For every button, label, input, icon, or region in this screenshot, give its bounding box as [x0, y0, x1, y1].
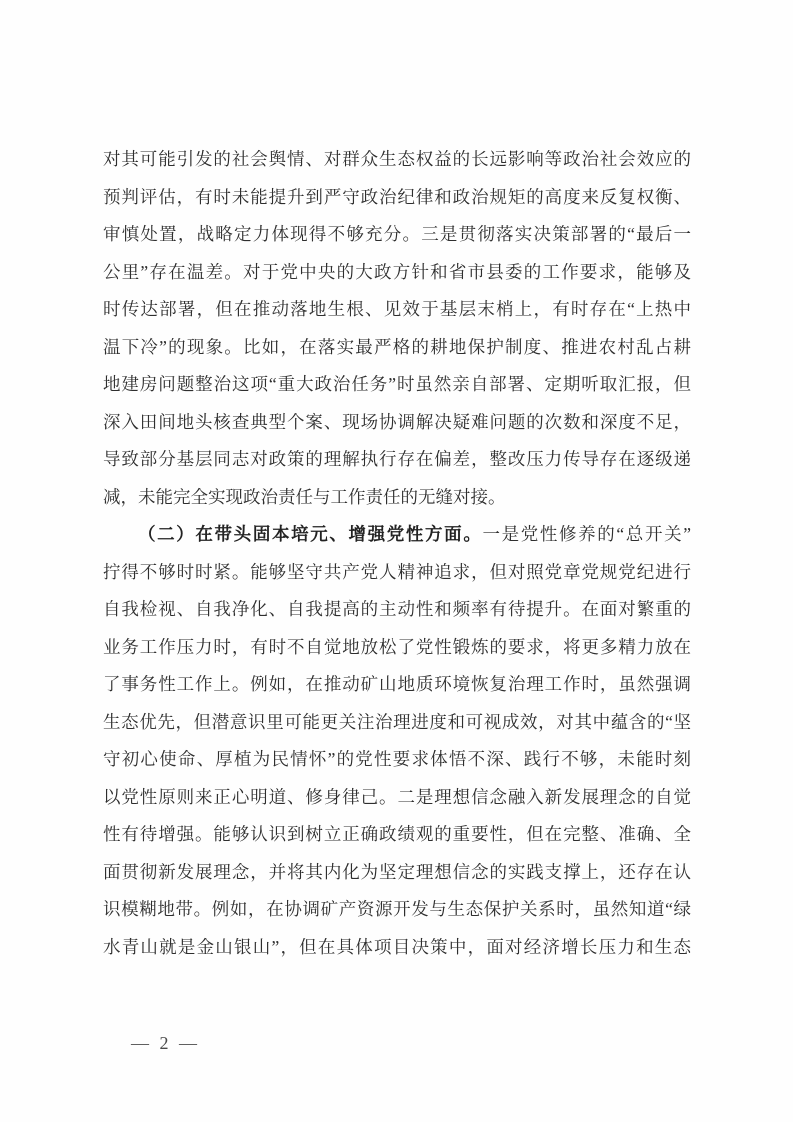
text-line: 拧得不够时时紧。能够坚守共产党人精神追求，但对照党章党规党纪进行 — [103, 554, 691, 592]
text-run: 一是党性修养的“总开关” — [482, 524, 691, 544]
page-number: — 2 — — [131, 1029, 198, 1057]
text-line: 面贯彻新发展理念，并将其内化为坚定理想信念的实践支撑上，还存在认 — [103, 854, 691, 892]
text-line: 对其可能引发的社会舆情、对群众生态权益的长远影响等政治社会效应的 — [103, 141, 691, 179]
text-line: 导致部分基层同志对政策的理解执行存在偏差，整改压力传导存在逐级递 — [103, 441, 691, 479]
text-line: 以党性原则来正心明道、修身律己。二是理想信念融入新发展理念的自觉 — [103, 779, 691, 817]
paragraph-end-line: 减，未能完全实现政治责任与工作责任的无缝对接。 — [103, 479, 691, 517]
text-line: 温下冷”的现象。比如，在落实最严格的耕地保护制度、推进农村乱占耕 — [103, 329, 691, 367]
text-line: 地建房问题整治这项“重大政治任务”时虽然亲自部署、定期听取汇报，但 — [103, 366, 691, 404]
text-line: 自我检视、自我净化、自我提高的主动性和频率有待提升。在面对繁重的 — [103, 591, 691, 629]
text-line: 审慎处置，战略定力体现得不够充分。三是贯彻落实决策部署的“最后一 — [103, 216, 691, 254]
text-line: 了事务性工作上。例如，在推动矿山地质环境恢复治理工作时，虽然强调 — [103, 666, 691, 704]
section-heading-line: （二）在带头固本培元、增强党性方面。一是党性修养的“总开关” — [103, 516, 691, 554]
text-line: 深入田间地头核查典型个案、现场协调解决疑难问题的次数和深度不足， — [103, 404, 691, 442]
text-line: 水青山就是金山银山”，但在具体项目决策中，面对经济增长压力和生态 — [103, 929, 691, 967]
text-line: 公里”存在温差。对于党中央的大政方针和省市县委的工作要求，能够及 — [103, 254, 691, 292]
document-page: 对其可能引发的社会舆情、对群众生态权益的长远影响等政治社会效应的 预判评估，有时… — [0, 0, 793, 1122]
text-line: 生态优先，但潜意识里可能更关注治理进度和可视成效，对其中蕴含的“坚 — [103, 704, 691, 742]
text-line: 预判评估，有时未能提升到严守政治纪律和政治规矩的高度来反复权衡、 — [103, 179, 691, 217]
text-line: 性有待增强。能够认识到树立正确政绩观的重要性，但在完整、准确、全 — [103, 816, 691, 854]
body-text: 对其可能引发的社会舆情、对群众生态权益的长远影响等政治社会效应的 预判评估，有时… — [103, 141, 691, 966]
text-line: 业务工作压力时，有时不自觉地放松了党性锻炼的要求，将更多精力放在 — [103, 629, 691, 667]
section-heading: （二）在带头固本培元、增强党性方面。 — [138, 524, 482, 544]
text-line: 守初心使命、厚植为民情怀”的党性要求体悟不深、践行不够，未能时刻 — [103, 741, 691, 779]
text-line: 时传达部署，但在推动落地生根、见效于基层末梢上，有时存在“上热中 — [103, 291, 691, 329]
text-line: 识模糊地带。例如，在协调矿产资源开发与生态保护关系时，虽然知道“绿 — [103, 891, 691, 929]
